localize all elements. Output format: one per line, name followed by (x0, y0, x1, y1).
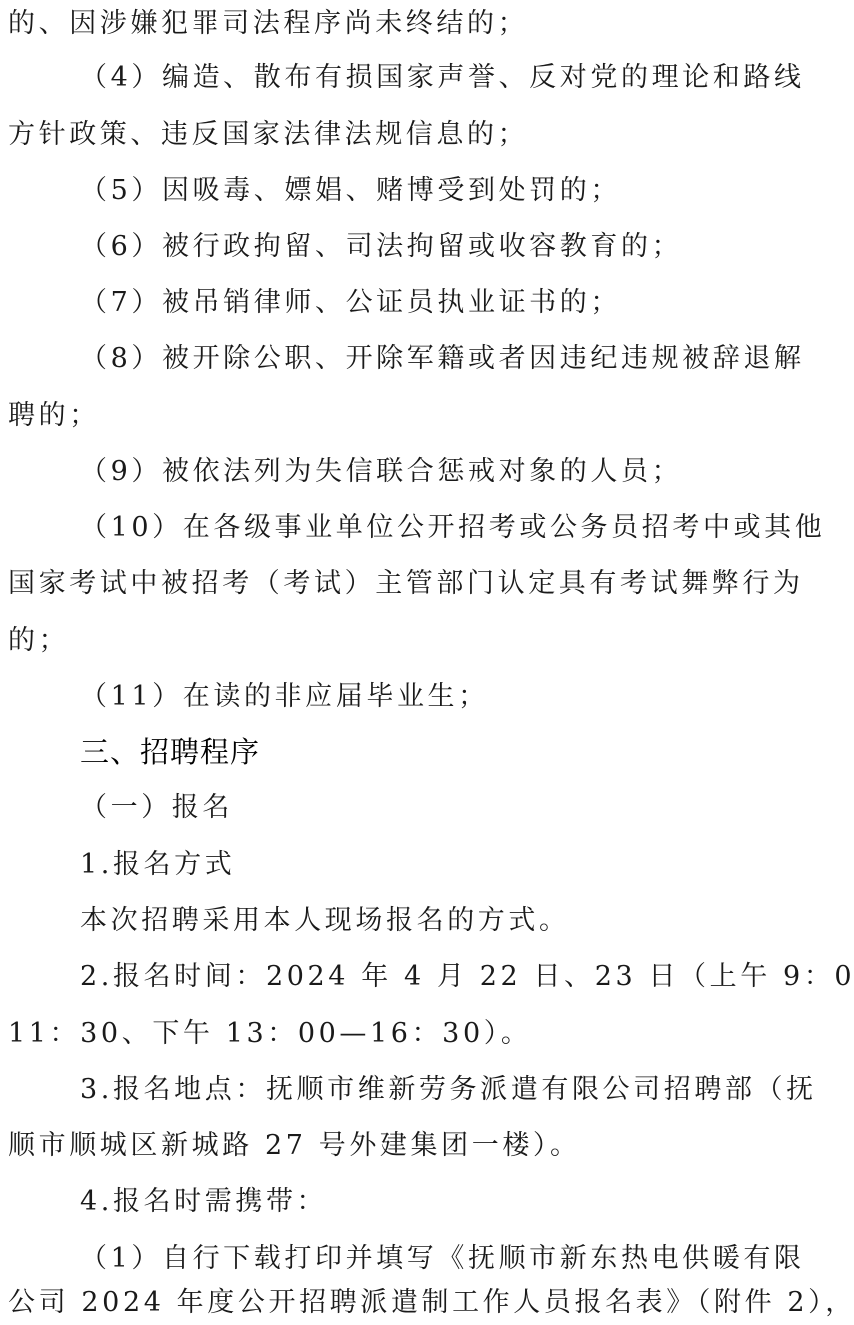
document-page: 的、因涉嫌犯罪司法程序尚未终结的； （4）编造、散布有损国家声誉、反对党的理论和… (0, 0, 854, 1325)
section-heading: 三、招聘程序 (0, 732, 854, 772)
text-line: （1）自行下载打印并填写《抚顺市新东热电供暖有限 (0, 1239, 854, 1279)
text-line: （6）被行政拘留、司法拘留或收容教育的； (0, 227, 854, 267)
text-line: （9）被依法列为失信联合惩戒对象的人员； (0, 452, 854, 492)
text-line: （7）被吊销律师、公证员执业证书的； (0, 283, 854, 323)
text-line: （8）被开除公职、开除军籍或者因违纪违规被辞退解 (0, 339, 854, 379)
text-line: （4）编造、散布有损国家声誉、反对党的理论和路线 (0, 58, 854, 98)
text-line: 的、因涉嫌犯罪司法程序尚未终结的； (0, 4, 854, 44)
text-line: 聘的； (0, 396, 854, 436)
text-line: 公司 2024 年度公开招聘派遣制工作人员报名表》（附件 2）， (0, 1283, 854, 1323)
text-line: （11）在读的非应届毕业生； (0, 677, 854, 717)
text-line: 的； (0, 621, 854, 661)
subsection-heading: （一）报名 (0, 788, 854, 828)
text-line: 3.报名地点：抚顺市维新劳务派遣有限公司招聘部（抚 (0, 1070, 854, 1110)
text-line: 2.报名时间：2024 年 4 月 22 日、23 日（上午 9：00— (0, 957, 854, 997)
text-line: 国家考试中被招考（考试）主管部门认定具有考试舞弊行为 (0, 564, 854, 604)
text-line: （5）因吸毒、嫖娼、赌博受到处罚的； (0, 171, 854, 211)
text-line: 顺市顺城区新城路 27 号外建集团一楼）。 (0, 1126, 854, 1166)
text-line: 1.报名方式 (0, 845, 854, 885)
text-line: 4.报名时需携带： (0, 1182, 854, 1222)
text-line: 本次招聘采用本人现场报名的方式。 (0, 901, 854, 941)
text-line: （10）在各级事业单位公开招考或公务员招考中或其他 (0, 508, 854, 548)
text-line: 方针政策、违反国家法律法规信息的； (0, 115, 854, 155)
text-line: 11：30、下午 13：00—16：30）。 (0, 1014, 854, 1054)
